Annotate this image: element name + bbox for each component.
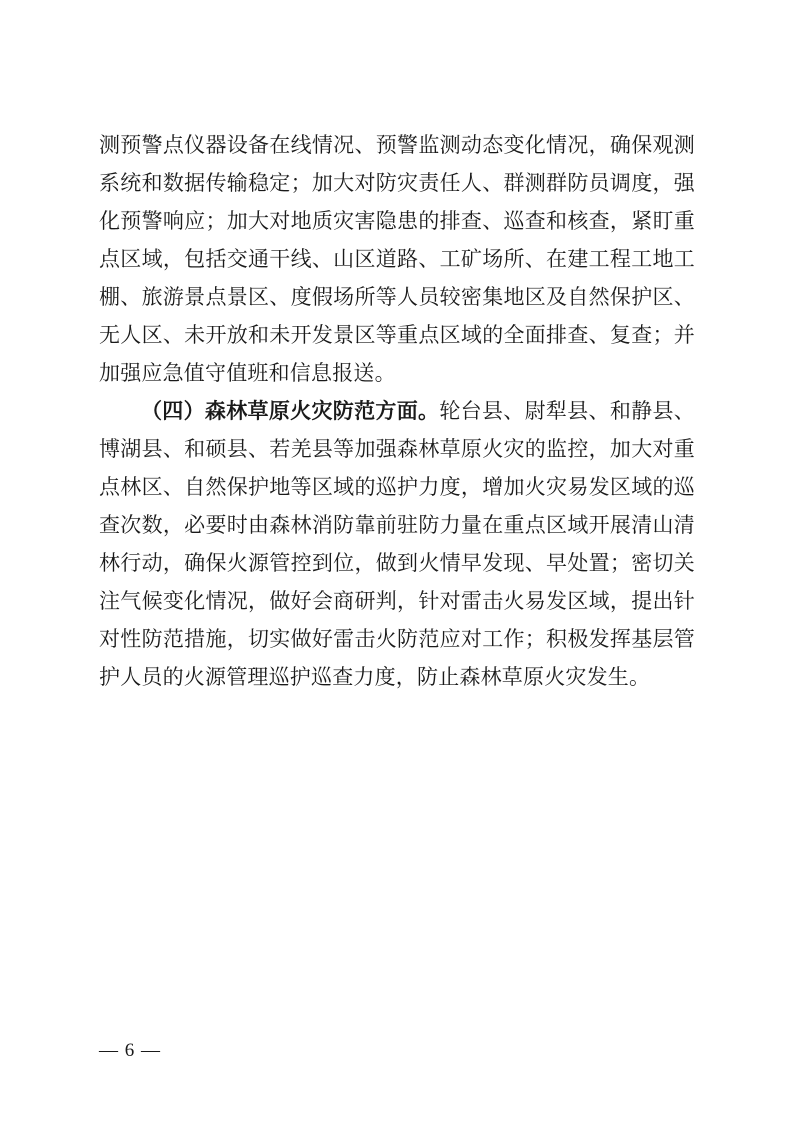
page-number: — 6 — xyxy=(99,1039,161,1063)
section-four-body-text: 轮台县、尉犁县、和静县、博湖县、和硕县、若羌县等加强森林草原火灾的监控，加大对重… xyxy=(99,399,695,689)
section-four-heading: （四）森林草原火灾防范方面。 xyxy=(141,399,439,423)
paragraph-continuation: 测预警点仪器设备在线情况、预警监测动态变化情况，确保观测系统和数据传输稳定；加大… xyxy=(99,126,695,392)
document-page: 测预警点仪器设备在线情况、预警监测动态变化情况，确保观测系统和数据传输稳定；加大… xyxy=(0,0,793,1122)
paragraph-section-four: （四）森林草原火灾防范方面。轮台县、尉犁县、和静县、博湖县、和硕县、若羌县等加强… xyxy=(99,392,695,696)
document-body: 测预警点仪器设备在线情况、预警监测动态变化情况，确保观测系统和数据传输稳定；加大… xyxy=(99,126,695,696)
